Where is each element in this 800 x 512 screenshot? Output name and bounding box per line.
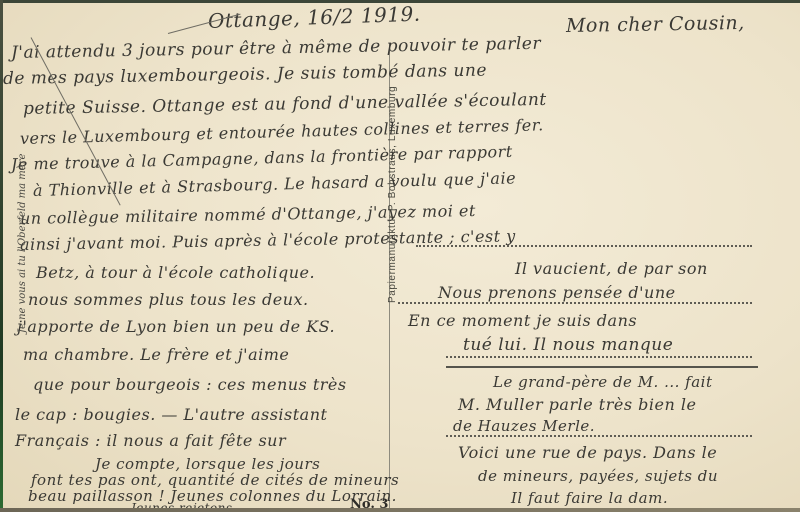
address-text: tué lui. Il nous manque [463, 335, 673, 355]
letter-line: j'apporte de Lyon bien un peu de KS. [17, 317, 335, 336]
letter-line: J'ai attendu 3 jours pour être à même de… [11, 34, 541, 63]
letter-line: de mes pays luxembourgeois. Je suis tomb… [3, 61, 487, 89]
place-date: Ottange, 16/2 1919. [208, 3, 421, 33]
address-text: Nous prenons pensée d'une [438, 283, 676, 302]
address-line-4 [446, 435, 752, 437]
address-text: M. Muller parle très bien le [458, 395, 696, 414]
address-text: Il vaucient, de par son [515, 259, 708, 278]
address-text: Le grand-père de M. ... fait [493, 373, 712, 391]
letter-line: nous sommes plus tous les deux. [28, 290, 309, 309]
card-bottom-edge [0, 508, 800, 512]
letter-line: que pour bourgeois : ces menus très [33, 375, 347, 394]
letter-line: Betz, à tour à l'école catholique. [36, 263, 315, 282]
margin-note: Je ne vous ai tu l'Oberfeld ma mère [17, 154, 28, 333]
letter-line: ainsi j'avant moi. Puis après à l'école … [20, 226, 516, 254]
letter-line: petite Suisse. Ottange est au fond d'une… [23, 90, 547, 119]
address-underline [446, 366, 758, 368]
address-text: En ce moment je suis dans [408, 311, 637, 330]
letter-line: Je me trouve à la Campagne, dans la fron… [11, 142, 513, 174]
address-line-3 [446, 356, 752, 358]
letter-line: Français : il nous a fait fête sur [15, 431, 286, 450]
letter-line: un collègue militaire nommé d'Ottange, j… [20, 201, 476, 228]
address-text: Voici une rue de pays. Dans le [458, 443, 717, 462]
address-text: Il faut faire la dam. [511, 489, 668, 507]
postcard: Papiermanufaktur P. Bohstraus, Luxemburg… [3, 3, 800, 512]
letter-line: le cap : bougies. — L'autre assistant [15, 405, 327, 424]
salutation: Mon cher Cousin, [566, 12, 745, 37]
letter-line: ma chambre. Le frère et j'aime [23, 345, 289, 364]
address-line-2 [398, 302, 752, 304]
address-text: de Hauzes Merle. [453, 417, 595, 435]
address-text: de mineurs, payées, sujets du [478, 467, 718, 485]
letter-line: à Thionville et à Strasbourg. Le hasard … [33, 168, 517, 200]
